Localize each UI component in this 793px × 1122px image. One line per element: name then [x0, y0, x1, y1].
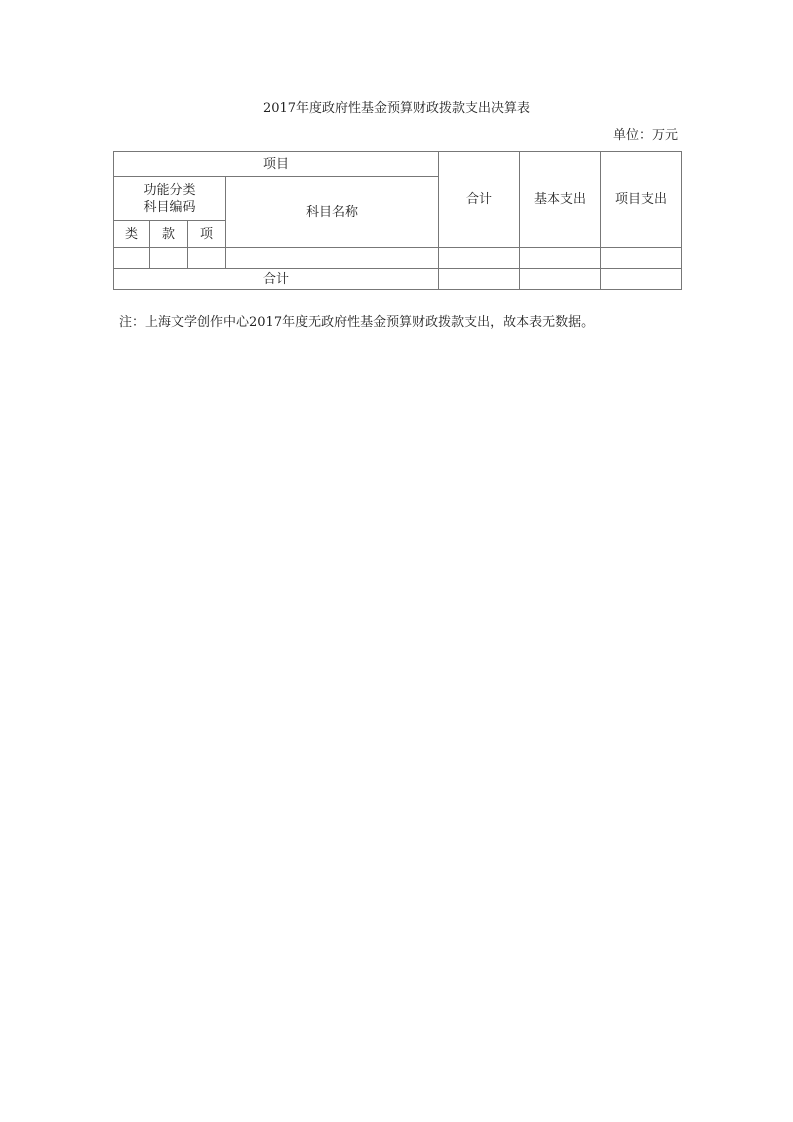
cell-kuan [150, 248, 188, 269]
header-project: 项目 [114, 152, 439, 177]
footnote: 注：上海文学创作中心2017年度无政府性基金预算财政拨款支出，故本表无数据。 [119, 311, 594, 330]
cell-lei [114, 248, 150, 269]
total-row-basic [520, 269, 601, 290]
header-total: 合计 [439, 152, 520, 248]
total-row-project [601, 269, 682, 290]
header-subject-name: 科目名称 [226, 177, 439, 248]
expenditure-table: 项目 合计 基本支出 项目支出 功能分类 科目编码 科目名称 类 款 项 合计 [113, 151, 682, 290]
document-title: 2017年度政府性基金预算财政拨款支出决算表 [0, 97, 793, 116]
header-lei: 类 [114, 221, 150, 248]
cell-subject-name [226, 248, 439, 269]
header-basic-expenditure: 基本支出 [520, 152, 601, 248]
cell-basic [520, 248, 601, 269]
cell-total [439, 248, 520, 269]
header-func-class-code: 功能分类 科目编码 [114, 177, 226, 221]
total-row-total [439, 269, 520, 290]
total-row: 合计 [114, 269, 682, 290]
table-row [114, 248, 682, 269]
header-kuan: 款 [150, 221, 188, 248]
unit-label: 单位：万元 [560, 124, 678, 143]
header-func-class-line1: 功能分类 [114, 182, 225, 199]
total-row-label: 合计 [114, 269, 439, 290]
cell-project [601, 248, 682, 269]
header-project-expenditure: 项目支出 [601, 152, 682, 248]
cell-xiang [188, 248, 226, 269]
header-func-class-line2: 科目编码 [114, 199, 225, 216]
header-xiang: 项 [188, 221, 226, 248]
